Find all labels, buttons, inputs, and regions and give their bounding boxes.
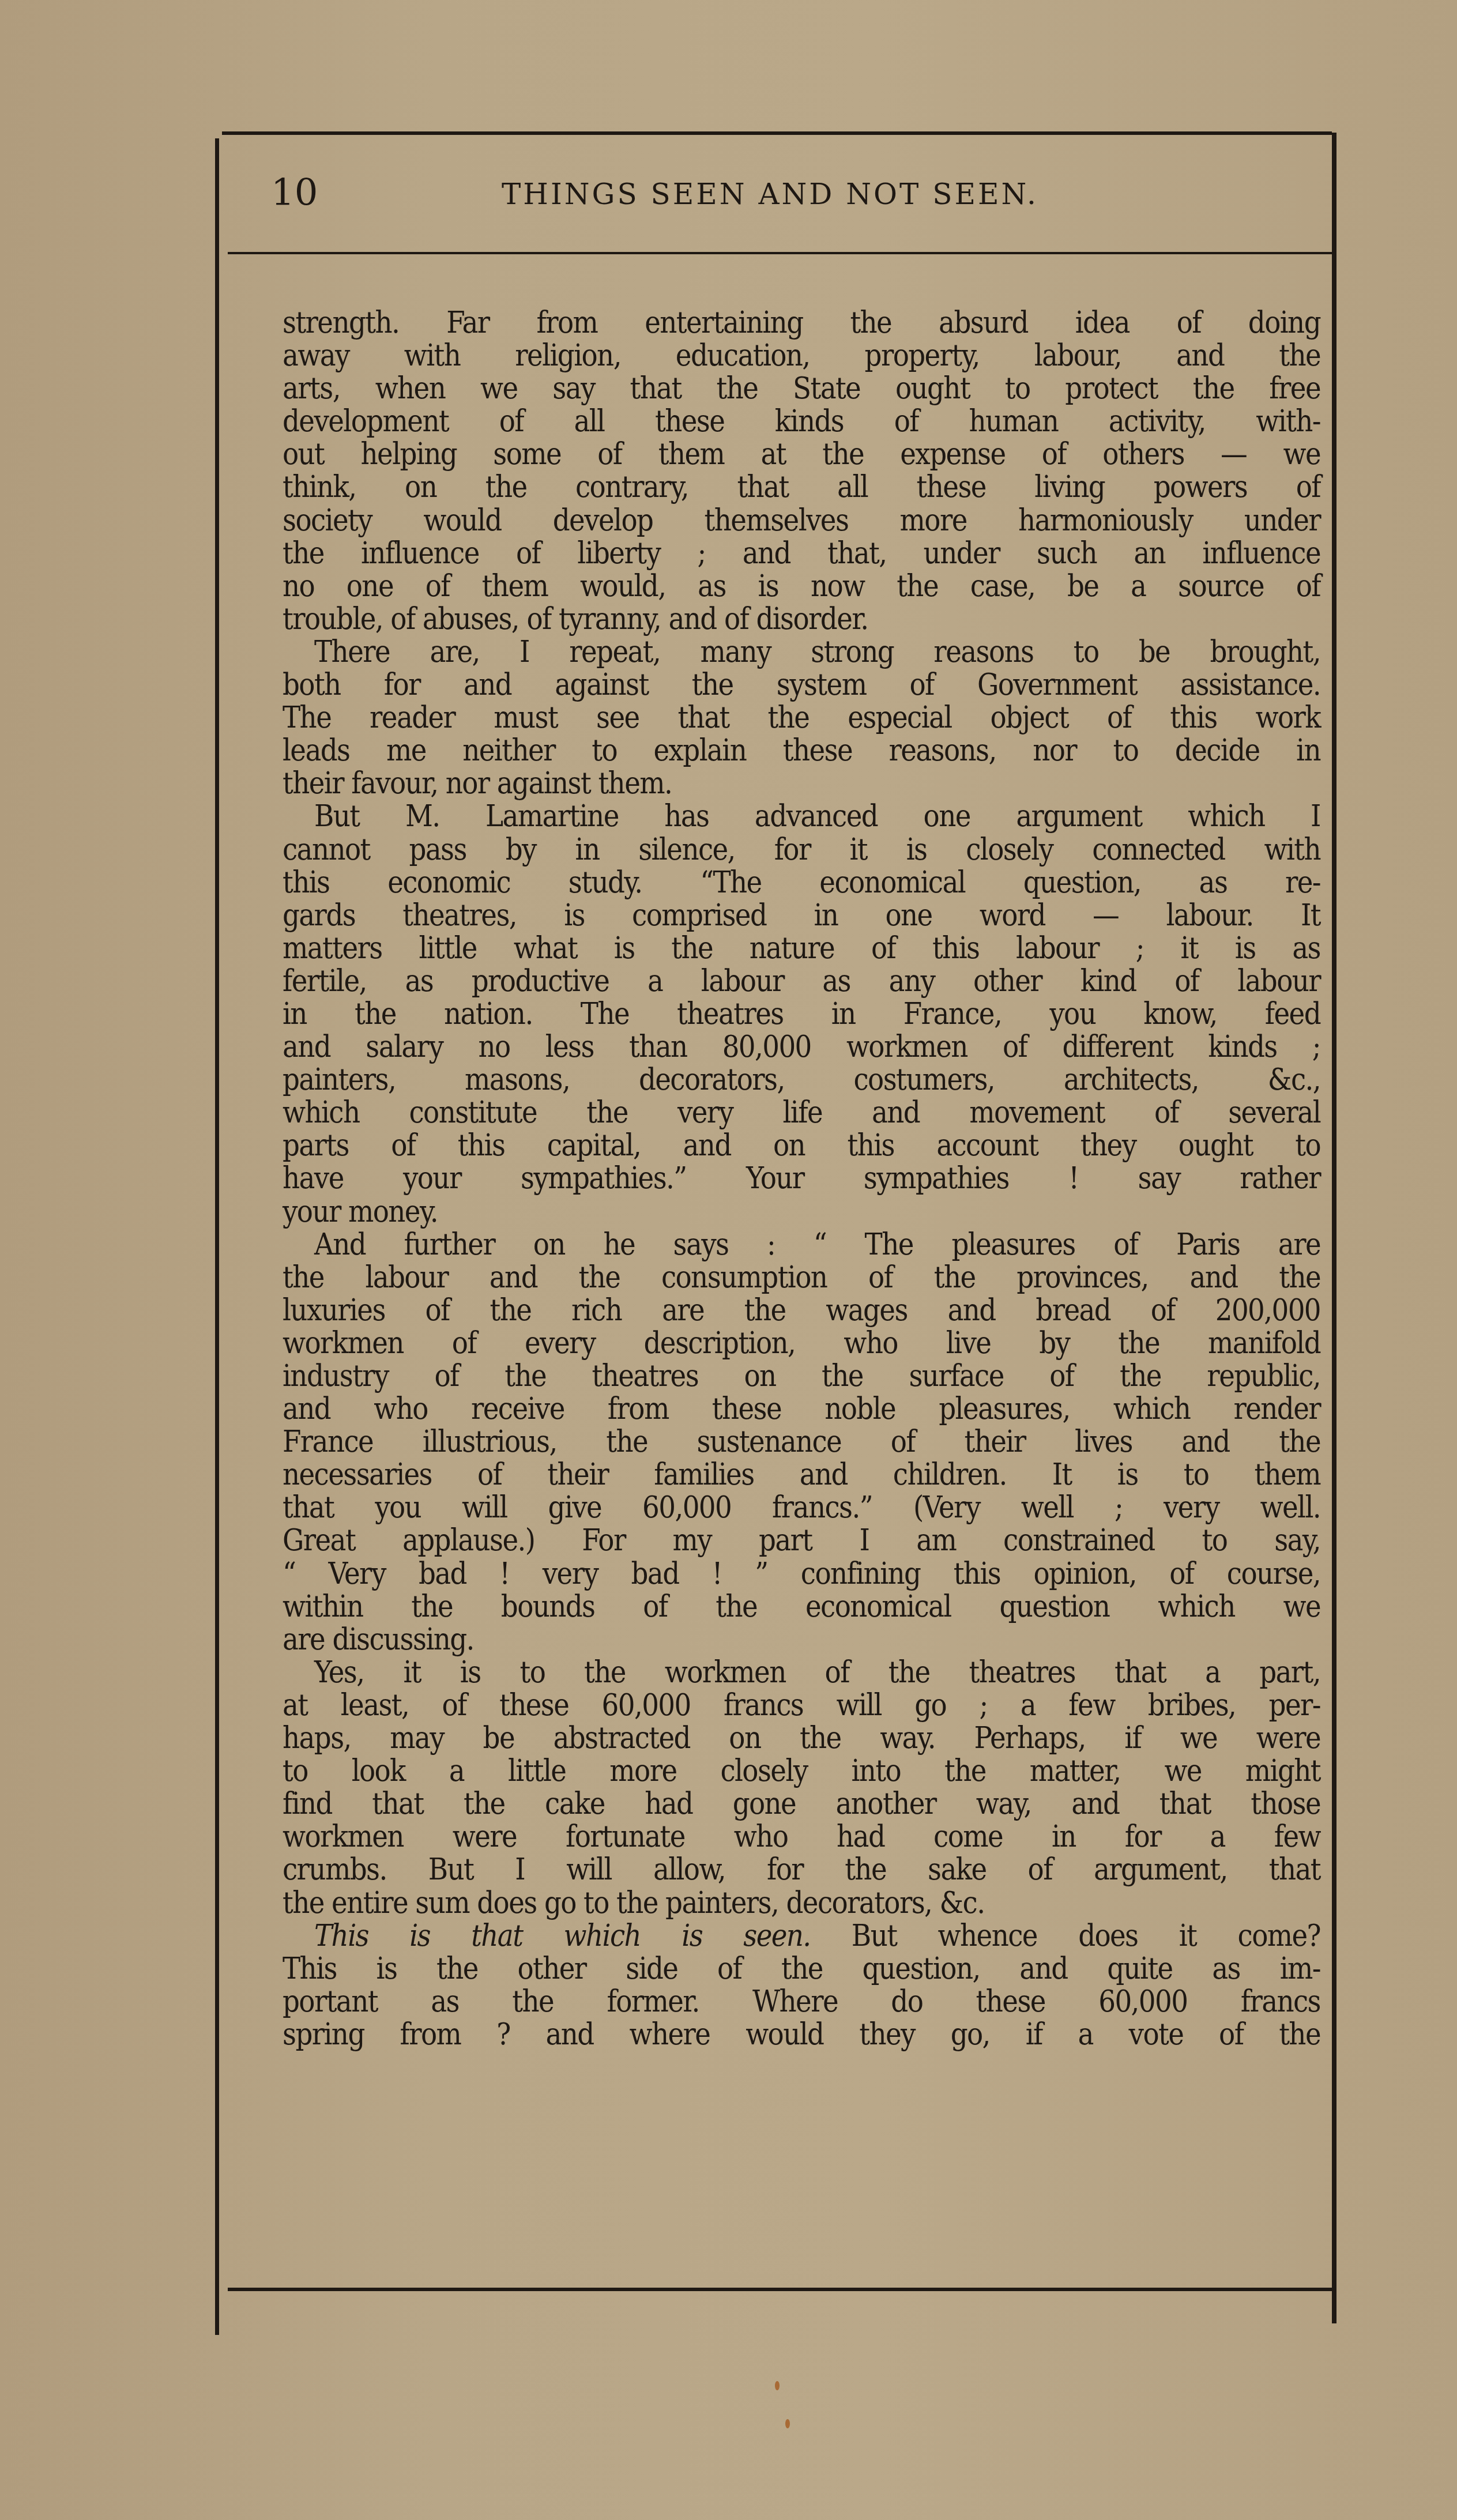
text-line: both for and against the system of Gover…	[283, 669, 1320, 702]
ink-smudge	[785, 2419, 790, 2428]
text-run: But whence does it come?	[811, 1919, 1320, 1953]
body-text: strength. Far from entertaining the absu…	[283, 307, 1320, 2051]
text-line: fertile, as productive a labour as any o…	[283, 965, 1320, 998]
text-line: think, on the contrary, that all these l…	[283, 471, 1320, 504]
top-rule	[222, 131, 1332, 135]
text-line: cannot pass by in silence, for it is clo…	[283, 834, 1320, 867]
text-line: which constitute the very life and movem…	[283, 1097, 1320, 1129]
text-line: But M. Lamartine has advanced one argume…	[283, 800, 1320, 833]
text-line: at least, of these 60,000 francs will go…	[283, 1689, 1320, 1722]
text-line: leads me neither to explain these reason…	[283, 734, 1320, 767]
text-line: workmen of every description, who live b…	[283, 1327, 1320, 1360]
text-line: the labour and the consumption of the pr…	[283, 1261, 1320, 1294]
text-line: and who receive from these noble pleasur…	[283, 1393, 1320, 1426]
text-line: portant as the former. Where do these 60…	[283, 1986, 1320, 2018]
text-line: the influence of liberty ; and that, und…	[283, 537, 1320, 570]
page-frame-left-border	[215, 138, 219, 2335]
text-line: This is the other side of the question, …	[283, 1953, 1320, 1986]
text-line: spring from ? and where would they go, i…	[283, 2018, 1320, 2051]
text-line: no one of them would, as is now the case…	[283, 570, 1320, 603]
text-line: within the bounds of the economical ques…	[283, 1591, 1320, 1624]
text-line: development of all these kinds of human …	[283, 405, 1320, 438]
text-line: find that the cake had gone another way,…	[283, 1788, 1320, 1821]
text-line: strength. Far from entertaining the absu…	[283, 307, 1320, 340]
text-line: your money.	[283, 1196, 1320, 1229]
text-line: There are, I repeat, many strong reasons…	[283, 636, 1320, 669]
text-line: to look a little more closely into the m…	[283, 1755, 1320, 1788]
text-line: workmen were fortunate who had come in f…	[283, 1821, 1320, 1854]
text-line: society would develop themselves more ha…	[283, 504, 1320, 537]
text-line: gards theatres, is comprised in one word…	[283, 899, 1320, 932]
text-line: away with religion, education, property,…	[283, 340, 1320, 372]
text-line: that you will give 60,000 francs.” (Very…	[283, 1491, 1320, 1524]
text-line: out helping some of them at the expense …	[283, 438, 1320, 471]
text-line: arts, when we say that the State ought t…	[283, 372, 1320, 405]
text-line: have your sympathies.” Your sympathies !…	[283, 1162, 1320, 1195]
running-head: THINGS SEEN AND NOT SEEN.	[502, 178, 1038, 211]
page-header: 10 THINGS SEEN AND NOT SEEN.	[225, 144, 1332, 251]
italic-phrase: This is that which is seen.	[314, 1919, 811, 1953]
text-line: France illustrious, the sustenance of th…	[283, 1426, 1320, 1459]
text-line: necessaries of their families and childr…	[283, 1459, 1320, 1491]
text-line: trouble, of abuses, of tyranny, and of d…	[283, 603, 1320, 636]
text-line: the entire sum does go to the painters, …	[283, 1887, 1320, 1920]
text-line: Great applause.) For my part I am constr…	[283, 1524, 1320, 1557]
text-line: painters, masons, decorators, costumers,…	[283, 1064, 1320, 1097]
text-line: “ Very bad ! very bad ! ” confining this…	[283, 1558, 1320, 1591]
text-line: crumbs. But I will allow, for the sake o…	[283, 1854, 1320, 1886]
text-line: in the nation. The theatres in France, y…	[283, 998, 1320, 1031]
text-line: Yes, it is to the workmen of the theatre…	[283, 1656, 1320, 1689]
text-line: parts of this capital, and on this accou…	[283, 1129, 1320, 1162]
text-line: and salary no less than 80,000 workmen o…	[283, 1031, 1320, 1064]
text-line: luxuries of the rich are the wages and b…	[283, 1294, 1320, 1327]
text-line: matters little what is the nature of thi…	[283, 932, 1320, 965]
bottom-rule	[228, 2288, 1332, 2291]
ink-smudge	[775, 2381, 780, 2390]
text-line: This is that which is seen. But whence d…	[283, 1920, 1320, 1953]
text-line: are discussing.	[283, 1624, 1320, 1656]
text-line: haps, may be abstracted on the way. Perh…	[283, 1722, 1320, 1755]
page-frame-right-border	[1332, 133, 1336, 2323]
text-line: industry of the theatres on the surface …	[283, 1360, 1320, 1393]
text-line: this economic study. “The economical que…	[283, 867, 1320, 899]
text-line: And further on he says : “ The pleasures…	[283, 1229, 1320, 1261]
header-rule	[228, 252, 1332, 254]
text-line: their favour, nor against them.	[283, 767, 1320, 800]
page-number: 10	[271, 172, 318, 214]
text-line: The reader must see that the especial ob…	[283, 702, 1320, 734]
